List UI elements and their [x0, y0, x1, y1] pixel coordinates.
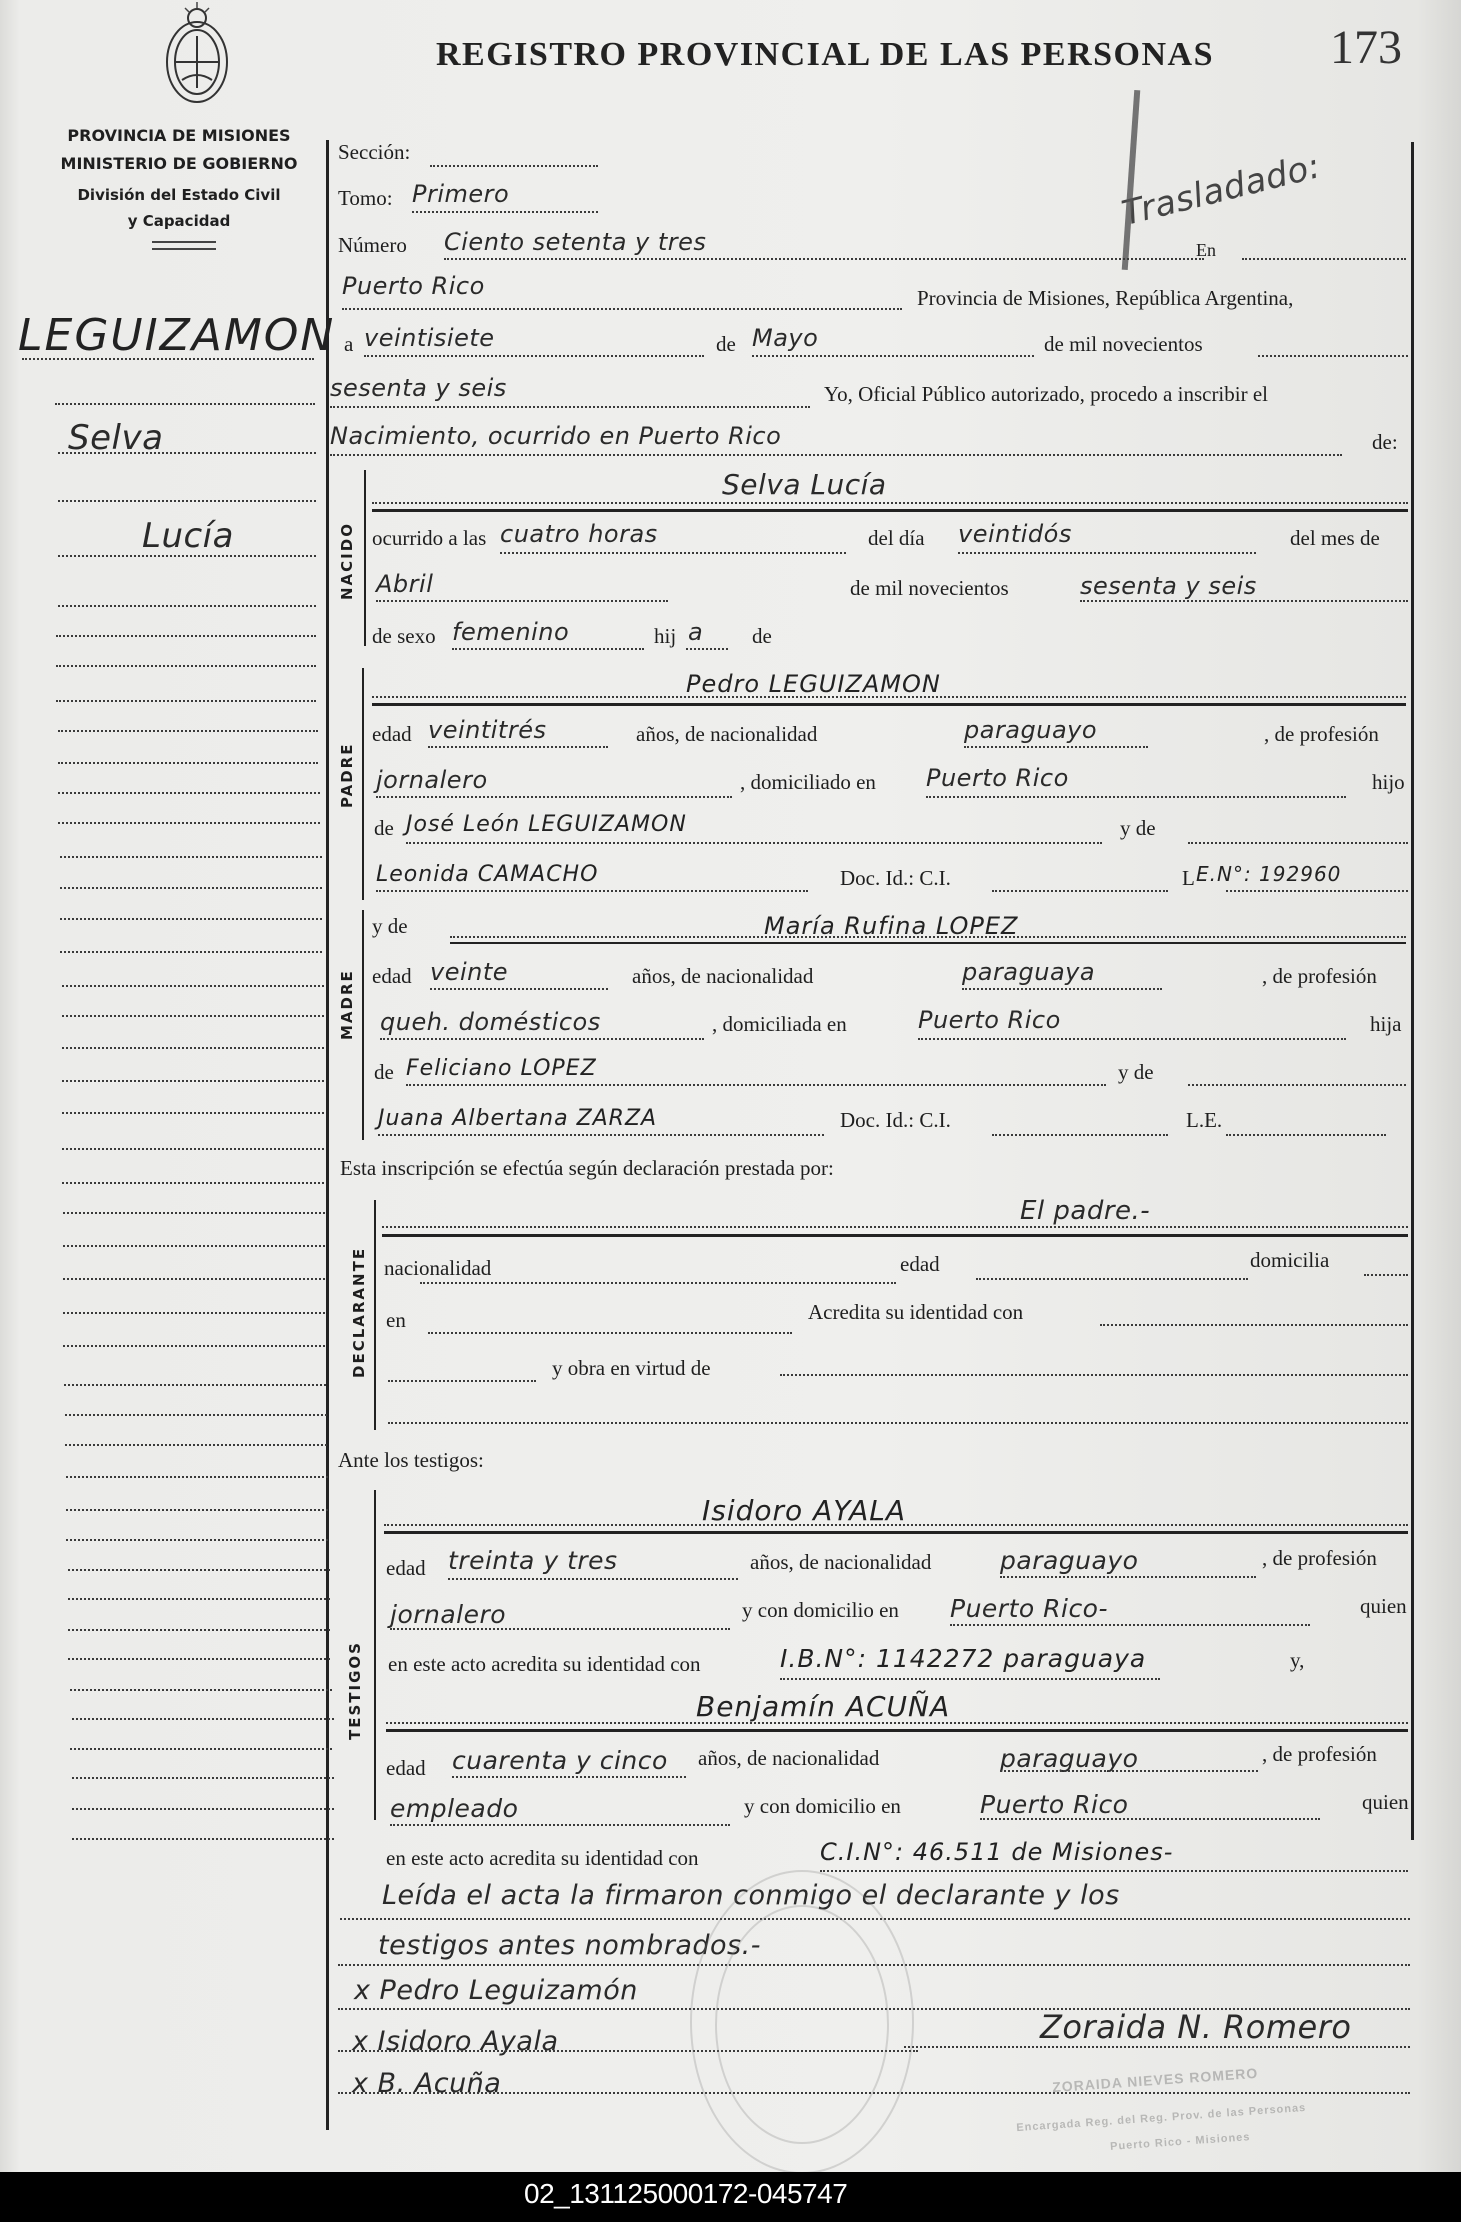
madre-de-label: de: [374, 1060, 394, 1085]
witness-1-anios-label: años, de nacionalidad: [750, 1550, 931, 1575]
act-field: [330, 454, 1342, 456]
witness-2-acredita-field: [820, 1870, 1408, 1872]
declarante-section-label: DECLARANTE: [350, 1247, 368, 1378]
witness-1-profesion-field: [390, 1628, 730, 1630]
witness-2-edad-value: cuarenta y cinco: [452, 1746, 668, 1775]
place-field: [342, 308, 902, 310]
maternal-grandfather-value: Feliciano LOPEZ: [406, 1056, 597, 1081]
nacido-section-label: NACIDO: [338, 522, 356, 600]
margin-line: [58, 452, 316, 454]
margin-line: [22, 358, 314, 360]
image-code-footer: 02_131125000172-045747: [0, 2172, 1461, 2222]
margin-given-name-2: Lucía: [142, 516, 234, 556]
document-title: REGISTRO PROVINCIAL DE LAS PERSONAS: [436, 36, 1214, 74]
testigos-intro: Ante los testigos:: [338, 1448, 484, 1473]
witness-2-anios-label: años, de nacionalidad: [698, 1746, 879, 1771]
seccion-label: Sección:: [338, 140, 410, 165]
margin-line: [68, 1629, 330, 1631]
margin-line: [62, 985, 324, 987]
official-round-seal-inner: [715, 1905, 889, 2144]
declarante-domicilia-label: domicilia: [1250, 1248, 1329, 1273]
official-signature: Zoraida N. Romero: [1040, 2008, 1351, 2046]
declarante-divider: [382, 1234, 1408, 1237]
margin-line: [72, 1808, 334, 1810]
witness-2-domicilio-value: Puerto Rico: [980, 1790, 1128, 1819]
org-divider: [152, 241, 216, 250]
witness-2-divider: [386, 1729, 1408, 1732]
witness-1-acredita-field: [780, 1678, 1160, 1680]
dia-label: del día: [868, 526, 925, 551]
declarante-obra-field: [780, 1374, 1408, 1376]
org-ministry: MINISTERIO DE GOBIERNO: [44, 154, 314, 173]
birth-month-field: [376, 600, 668, 602]
padre-y-de-label: y de: [1120, 816, 1156, 841]
margin-line: [72, 1718, 334, 1720]
mil-novecientos-label: de mil novecientos: [1044, 332, 1203, 357]
nacido-divider: [372, 509, 1408, 512]
mes-label: del mes de: [1290, 526, 1380, 551]
madre-nacionalidad-field: [962, 988, 1162, 990]
witness-2-nacionalidad-field: [1000, 1770, 1258, 1772]
en-field: [1242, 258, 1406, 260]
paternal-grandfather-field: [406, 842, 1102, 844]
witness-1-edad-value: treinta y tres: [448, 1546, 618, 1575]
sexo-field: [452, 648, 644, 650]
signature-declarante: x Pedro Leguizamón: [354, 1975, 638, 2006]
witness-1-name-field: [384, 1524, 1408, 1526]
paternal-grandfather-value: José León LEGUIZAMON: [406, 812, 687, 837]
witness-1-name-value: Isidoro AYALA: [702, 1494, 906, 1527]
day-value: veintisiete: [364, 324, 495, 352]
official-stamp-line-3: Puerto Rico - Misiones: [1110, 2131, 1251, 2153]
org-capacity: y Capacidad: [44, 212, 314, 230]
madre-doc-label: Doc. Id.: C.I.: [840, 1108, 951, 1133]
witness-1-quien-label: quien: [1360, 1594, 1407, 1619]
witness-1-edad-label: edad: [386, 1556, 426, 1581]
hour-value: cuatro horas: [500, 520, 658, 548]
madre-edad-field: [430, 988, 608, 990]
tomo-value: Primero: [412, 180, 509, 208]
margin-line: [60, 887, 322, 889]
witness-2-name-field: [386, 1722, 1408, 1724]
tomo-field: [412, 211, 598, 213]
en-label: En: [1196, 240, 1216, 261]
padre-divider: [372, 703, 1406, 706]
declarante-nacionalidad-label: nacionalidad: [384, 1256, 491, 1281]
witness-2-nacionalidad-value: paraguayo: [1000, 1744, 1138, 1773]
declarante-edad-label: edad: [900, 1252, 940, 1277]
witness-2-profesion-value: empleado: [390, 1794, 518, 1823]
margin-line: [63, 1345, 325, 1347]
signature-witness-2: x B. Acuña: [352, 2068, 501, 2099]
padre-nacionalidad-field: [964, 746, 1148, 748]
witness-2-domicilio-field: [980, 1818, 1320, 1820]
padre-domicilio-field: [926, 796, 1346, 798]
padre-le-value: E.N°: 192960: [1196, 862, 1341, 886]
witness-2-edad-field: [452, 1776, 686, 1778]
witness-2-profesion-label: , de profesión: [1262, 1742, 1377, 1767]
madre-y-de2-label: y de: [1118, 1060, 1154, 1085]
padre-anios-label: años, de nacionalidad: [636, 722, 817, 747]
padre-edad-field: [428, 746, 608, 748]
madre-bracket: [362, 910, 364, 1140]
margin-line: [60, 918, 322, 920]
birth-year-value: sesenta y seis: [1080, 572, 1257, 600]
margin-line: [58, 762, 318, 764]
margin-line: [62, 1047, 324, 1049]
margin-line: [62, 1080, 324, 1082]
birth-year-field: [1080, 600, 1408, 602]
padre-y-de-field: [1188, 842, 1408, 844]
margin-line: [63, 1312, 325, 1314]
margin-line: [63, 1212, 325, 1214]
testigos-bracket: [374, 1490, 376, 1820]
declarante-bracket: [374, 1200, 376, 1430]
margin-line: [58, 730, 318, 732]
hour-field: [500, 552, 846, 554]
witness-2-acredita-label: en este acto acredita su identidad con: [386, 1846, 699, 1871]
margin-line: [62, 1182, 324, 1184]
padre-domicilio-label: , domiciliado en: [740, 770, 876, 795]
declarante-en-field: [428, 1332, 792, 1334]
witness-1-domicilio-field: [950, 1624, 1310, 1626]
declarante-en-label: en: [386, 1308, 406, 1333]
year-value: sesenta y seis: [330, 374, 507, 402]
witness-1-nacionalidad-value: paraguayo: [1000, 1546, 1138, 1575]
margin-line: [58, 605, 316, 607]
numero-value: Ciento setenta y tres: [444, 228, 706, 256]
transfer-annotation: Trasladado:: [1118, 146, 1324, 234]
witness-1-edad-field: [448, 1578, 738, 1580]
margin-line: [58, 500, 316, 502]
margin-line: [58, 555, 316, 557]
signature-line-official: [904, 2046, 1410, 2048]
padre-doc-label: Doc. Id.: C.I.: [840, 866, 951, 891]
margin-line: [63, 1245, 325, 1247]
padre-name-field: [372, 696, 1406, 698]
tomo-label: Tomo:: [338, 186, 393, 211]
madre-domicilio-value: Puerto Rico: [918, 1006, 1061, 1034]
madre-profesion-label: , de profesión: [1262, 964, 1377, 989]
nacido-de-label: de: [752, 624, 772, 649]
official-stamp-line-1: ZORAIDA NIEVES ROMERO: [1052, 2065, 1259, 2095]
madre-ci-field: [992, 1134, 1168, 1136]
madre-y-de2-field: [1188, 1084, 1406, 1086]
a-label: a: [344, 332, 353, 357]
margin-line: [62, 1112, 324, 1114]
nacido-name-value: Selva Lucía: [722, 468, 887, 501]
margin-line: [65, 1414, 327, 1416]
margin-line: [65, 1444, 327, 1446]
madre-name-field: [450, 936, 1406, 938]
sexo-value: femenino: [452, 618, 569, 646]
margin-line: [58, 792, 320, 794]
hij-field: [686, 648, 728, 650]
declarante-acredita-label: Acredita su identidad con: [808, 1300, 1023, 1325]
act-value: Nacimiento, ocurrido en Puerto Rico: [330, 422, 781, 450]
hijo-label: hijo: [1372, 770, 1405, 795]
place-value: Puerto Rico: [342, 272, 485, 300]
year-field-top: [1258, 355, 1408, 357]
madre-edad-label: edad: [372, 964, 412, 989]
witness-1-acredita-label: en este acto acredita su identidad con: [388, 1652, 701, 1677]
declarante-domicilia-field: [1364, 1274, 1408, 1276]
birth-day-field: [958, 552, 1256, 554]
declarante-acredita-field: [1100, 1324, 1408, 1326]
birth-day-value: veintidós: [958, 520, 1072, 548]
document-page: REGISTRO PROVINCIAL DE LAS PERSONAS 173 …: [0, 0, 1461, 2172]
nacido-bracket: [364, 470, 366, 646]
witness-1-profesion-label: , de profesión: [1262, 1546, 1377, 1571]
witness-1-acredita-value: I.B.N°: 1142272 paraguaya: [780, 1644, 1146, 1673]
padre-profesion-label: , de profesión: [1264, 722, 1379, 747]
margin-line: [72, 1777, 334, 1779]
left-column-rule: [326, 140, 329, 2130]
margin-line: [68, 1598, 330, 1600]
declarante-intro: Esta inscripción se efectúa según declar…: [340, 1156, 834, 1181]
nacido-name-field: [372, 502, 1408, 504]
margin-line: [66, 1509, 328, 1511]
hij-label: hij: [654, 624, 676, 649]
declarante-obra-pre-field: [388, 1380, 536, 1382]
margin-line: [72, 1838, 334, 1840]
declarante-name-value: El padre.-: [1020, 1196, 1150, 1226]
madre-divider: [450, 942, 1406, 944]
year-field: [330, 406, 810, 408]
madre-y-de-label: y de: [372, 914, 408, 939]
paternal-grandmother-field: [376, 890, 808, 892]
madre-profesion-field: [380, 1038, 704, 1040]
padre-ci-field: [992, 890, 1168, 892]
declarante-nacionalidad-field: [420, 1282, 896, 1284]
madre-profesion-value: queh. domésticos: [380, 1008, 601, 1036]
witness-1-nacionalidad-field: [1000, 1576, 1256, 1578]
padre-edad-value: veintitrés: [428, 716, 546, 744]
witness-1-domicilio-value: Puerto Rico-: [950, 1594, 1108, 1623]
margin-line: [64, 1384, 326, 1386]
declarante-obra-label: y obra en virtud de: [552, 1356, 711, 1381]
numero-label: Número: [338, 233, 407, 258]
margin-line: [70, 1689, 332, 1691]
padre-de-label: de: [374, 816, 394, 841]
witness-2-name-value: Benjamín ACUÑA: [696, 1690, 950, 1723]
maternal-grandmother-field: [378, 1134, 824, 1136]
annotation-stroke: [1122, 90, 1141, 270]
witness-1-suffix: y,: [1290, 1648, 1304, 1673]
margin-surname: LEGUIZAMON: [18, 310, 335, 361]
margin-line: [56, 665, 316, 667]
birth-mil-label: de mil novecientos: [850, 576, 1009, 601]
margin-line: [58, 822, 320, 824]
birth-month-value: Abril: [376, 570, 433, 598]
signature-witness-1: x Isidoro Ayala: [352, 2026, 559, 2057]
margin-line: [68, 1658, 330, 1660]
witness-2-edad-label: edad: [386, 1756, 426, 1781]
padre-edad-label: edad: [372, 722, 412, 747]
madre-domicilio-field: [918, 1038, 1346, 1040]
padre-le-label: L: [1182, 866, 1195, 891]
testigos-section-label: TESTIGOS: [346, 1641, 364, 1740]
padre-bracket: [362, 668, 364, 900]
witness-1-profesion-value: jornalero: [390, 1600, 506, 1629]
padre-profesion-value: jornalero: [376, 766, 488, 794]
madre-domicilio-label: , domiciliada en: [712, 1012, 847, 1037]
margin-line: [63, 1278, 325, 1280]
hija-label: hija: [1370, 1012, 1402, 1037]
padre-name-value: Pedro LEGUIZAMON: [686, 670, 941, 698]
org-province: PROVINCIA DE MISIONES: [44, 126, 314, 145]
sexo-label: de sexo: [372, 624, 436, 649]
witness-1-domicilio-label: y con domicilio en: [742, 1598, 899, 1623]
margin-line: [56, 700, 316, 702]
right-border-rule: [1411, 142, 1414, 1840]
margin-line: [66, 1539, 328, 1541]
official-stamp-line-2: Encargada Reg. del Reg. Prov. de las Per…: [1016, 2102, 1307, 2134]
maternal-grandfather-field: [406, 1084, 1106, 1086]
hij-value: a: [688, 618, 703, 646]
declarante-extra-field: [388, 1422, 1408, 1424]
padre-section-label: PADRE: [338, 743, 356, 808]
margin-line: [56, 635, 316, 637]
declarante-name-field: [382, 1226, 1408, 1228]
margin-line: [70, 1748, 332, 1750]
margin-line: [66, 1476, 328, 1478]
month-value: Mayo: [752, 324, 818, 352]
padre-profesion-field: [376, 796, 732, 798]
org-division: División del Estado Civil: [44, 186, 314, 204]
padre-domicilio-value: Puerto Rico: [926, 764, 1069, 792]
day-field: [364, 355, 704, 357]
de-month-label: de: [716, 332, 736, 357]
margin-line: [60, 951, 322, 953]
margin-line: [60, 856, 322, 858]
margin-line: [62, 1015, 324, 1017]
de-colon-label: de:: [1372, 430, 1398, 455]
madre-edad-value: veinte: [430, 958, 508, 986]
margin-line: [68, 1569, 330, 1571]
madre-nacionalidad-value: paraguaya: [962, 958, 1095, 986]
witness-2-acredita-value: C.I.N°: 46.511 de Misiones-: [820, 1838, 1173, 1866]
madre-le-field: [1226, 1134, 1386, 1136]
page-number: 173: [1330, 20, 1402, 75]
argentina-coat-of-arms-icon: [152, 0, 242, 110]
numero-field: [444, 258, 1204, 260]
seccion-field: [430, 165, 598, 167]
witness-2-profesion-field: [390, 1824, 730, 1826]
oficial-text: Yo, Oficial Público autorizado, procedo …: [824, 382, 1268, 407]
witness-2-quien-label: quien: [1362, 1790, 1409, 1815]
madre-section-label: MADRE: [338, 969, 356, 1040]
province-text: Provincia de Misiones, República Argenti…: [917, 286, 1293, 311]
maternal-grandmother-value: Juana Albertana ZARZA: [378, 1106, 657, 1131]
witness-1-divider: [384, 1531, 1408, 1534]
image-code: 02_131125000172-045747: [524, 2178, 847, 2210]
margin-line: [62, 1148, 324, 1150]
witness-2-domicilio-label: y con domicilio en: [744, 1794, 901, 1819]
madre-le-label: L.E.: [1186, 1108, 1222, 1133]
paternal-grandmother-value: Leonida CAMACHO: [376, 862, 598, 887]
ocurrido-label: ocurrido a las: [372, 526, 486, 551]
margin-line: [55, 403, 315, 405]
declarante-edad-field: [976, 1278, 1248, 1280]
madre-anios-label: años, de nacionalidad: [632, 964, 813, 989]
padre-le-field: [1226, 890, 1408, 892]
month-field: [752, 355, 1034, 357]
padre-nacionalidad-value: paraguayo: [964, 716, 1097, 744]
